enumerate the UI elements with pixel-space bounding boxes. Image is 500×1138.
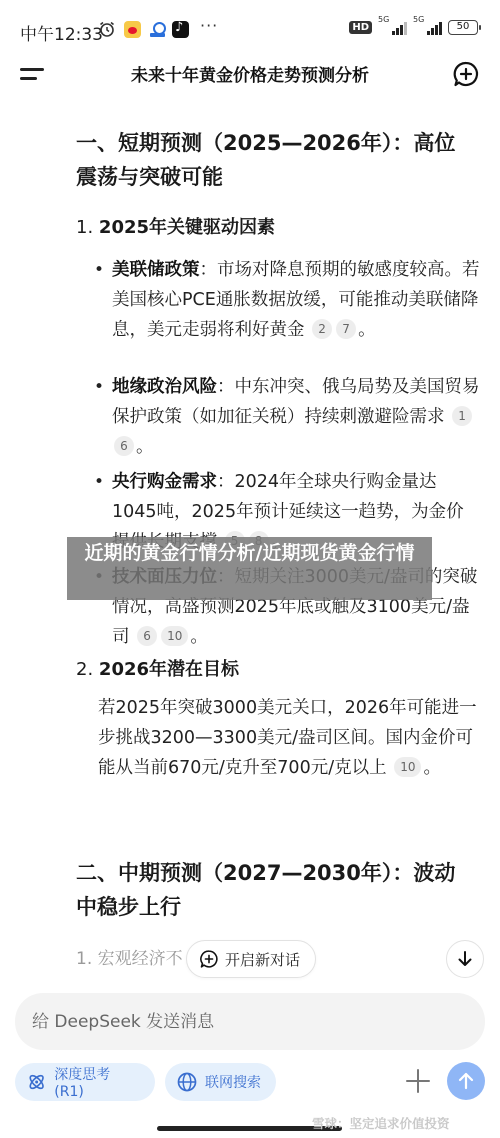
signal-icon-2: 5G xyxy=(413,21,442,35)
conversation-title: 未来十年黄金价格走势预测分析 xyxy=(0,61,500,86)
status-time: 中午12:33 xyxy=(20,20,103,45)
subsection-1-heading: 1. 2025年关键驱动因素 xyxy=(76,214,476,242)
deep-think-label: 深度思考 (R1) xyxy=(54,1064,141,1100)
attach-plus-icon[interactable] xyxy=(405,1068,431,1094)
app-icon xyxy=(149,21,166,38)
message-input[interactable] xyxy=(15,993,485,1050)
citation-badge[interactable]: 6 xyxy=(114,436,134,456)
bullet-fed-policy: • 美联储政策：市场对降息预期的敏感度较高。若美国核心PCE通胀数据放缓，可能推… xyxy=(96,255,480,345)
status-indicators: HD 5G 5G 50 xyxy=(349,20,478,35)
globe-icon xyxy=(177,1072,197,1092)
section-2-subheading-partial: 1. 宏观经济不 xyxy=(76,946,183,972)
citation-badge[interactable]: 1 xyxy=(452,406,472,426)
scroll-to-bottom-button[interactable] xyxy=(446,940,484,978)
status-bar: 中午12:33 ··· HD 5G 5G 50 xyxy=(0,0,500,52)
alarm-icon xyxy=(98,20,116,38)
citation-badge[interactable]: 10 xyxy=(394,757,421,777)
citation-badge[interactable]: 7 xyxy=(336,319,356,339)
atom-icon xyxy=(27,1072,46,1092)
arrow-down-icon xyxy=(456,950,474,968)
signal-icon-1: 5G xyxy=(378,21,407,35)
citation-badge[interactable]: 10 xyxy=(161,626,188,646)
message-composer xyxy=(15,993,485,1050)
new-chat-icon[interactable] xyxy=(452,60,480,88)
citation-badge[interactable]: 6 xyxy=(137,626,157,646)
watermark: 雪球：坚定追求价值投资 xyxy=(312,1114,450,1132)
tiktok-app-icon xyxy=(172,21,189,38)
hd-voice-badge: HD xyxy=(349,21,372,34)
bullet-geopolitical-risk: • 地缘政治风险：中东冲突、俄乌局势及美国贸易保护政策（如加征关税）持续刺激避险… xyxy=(96,372,480,462)
section-2-heading: 二、中期预测（2027—2030年）：波动中稳步上行 xyxy=(76,856,476,924)
subsection-2-paragraph: 若2025年突破3000美元关口，2026年可能进一步挑战3200—3300美元… xyxy=(98,693,480,783)
web-search-label: 联网搜索 xyxy=(205,1072,261,1092)
section-1-heading: 一、短期预测（2025—2026年）：高位震荡与突破可能 xyxy=(76,126,476,194)
weibo-app-icon xyxy=(124,21,141,38)
battery-icon: 50 xyxy=(448,20,478,35)
app-header: 未来十年黄金价格走势预测分析 xyxy=(0,52,500,96)
new-dialog-label: 开启新对话 xyxy=(225,949,300,970)
send-button[interactable] xyxy=(447,1062,485,1100)
article-title-overlay: 近期的黄金行情分析/近期现货黄金行情 xyxy=(67,537,432,600)
deep-think-toggle[interactable]: 深度思考 (R1) xyxy=(15,1063,155,1101)
more-notifications-icon: ··· xyxy=(200,16,218,35)
citation-badge[interactable]: 2 xyxy=(312,319,332,339)
web-search-toggle[interactable]: 联网搜索 xyxy=(165,1063,276,1101)
subsection-2-heading: 2. 2026年潜在目标 xyxy=(76,656,476,684)
new-chat-icon xyxy=(199,949,219,969)
composer-toolbar: 深度思考 (R1) 联网搜索 xyxy=(15,1063,485,1101)
arrow-up-icon xyxy=(456,1071,476,1091)
new-dialog-button[interactable]: 开启新对话 xyxy=(186,940,316,978)
